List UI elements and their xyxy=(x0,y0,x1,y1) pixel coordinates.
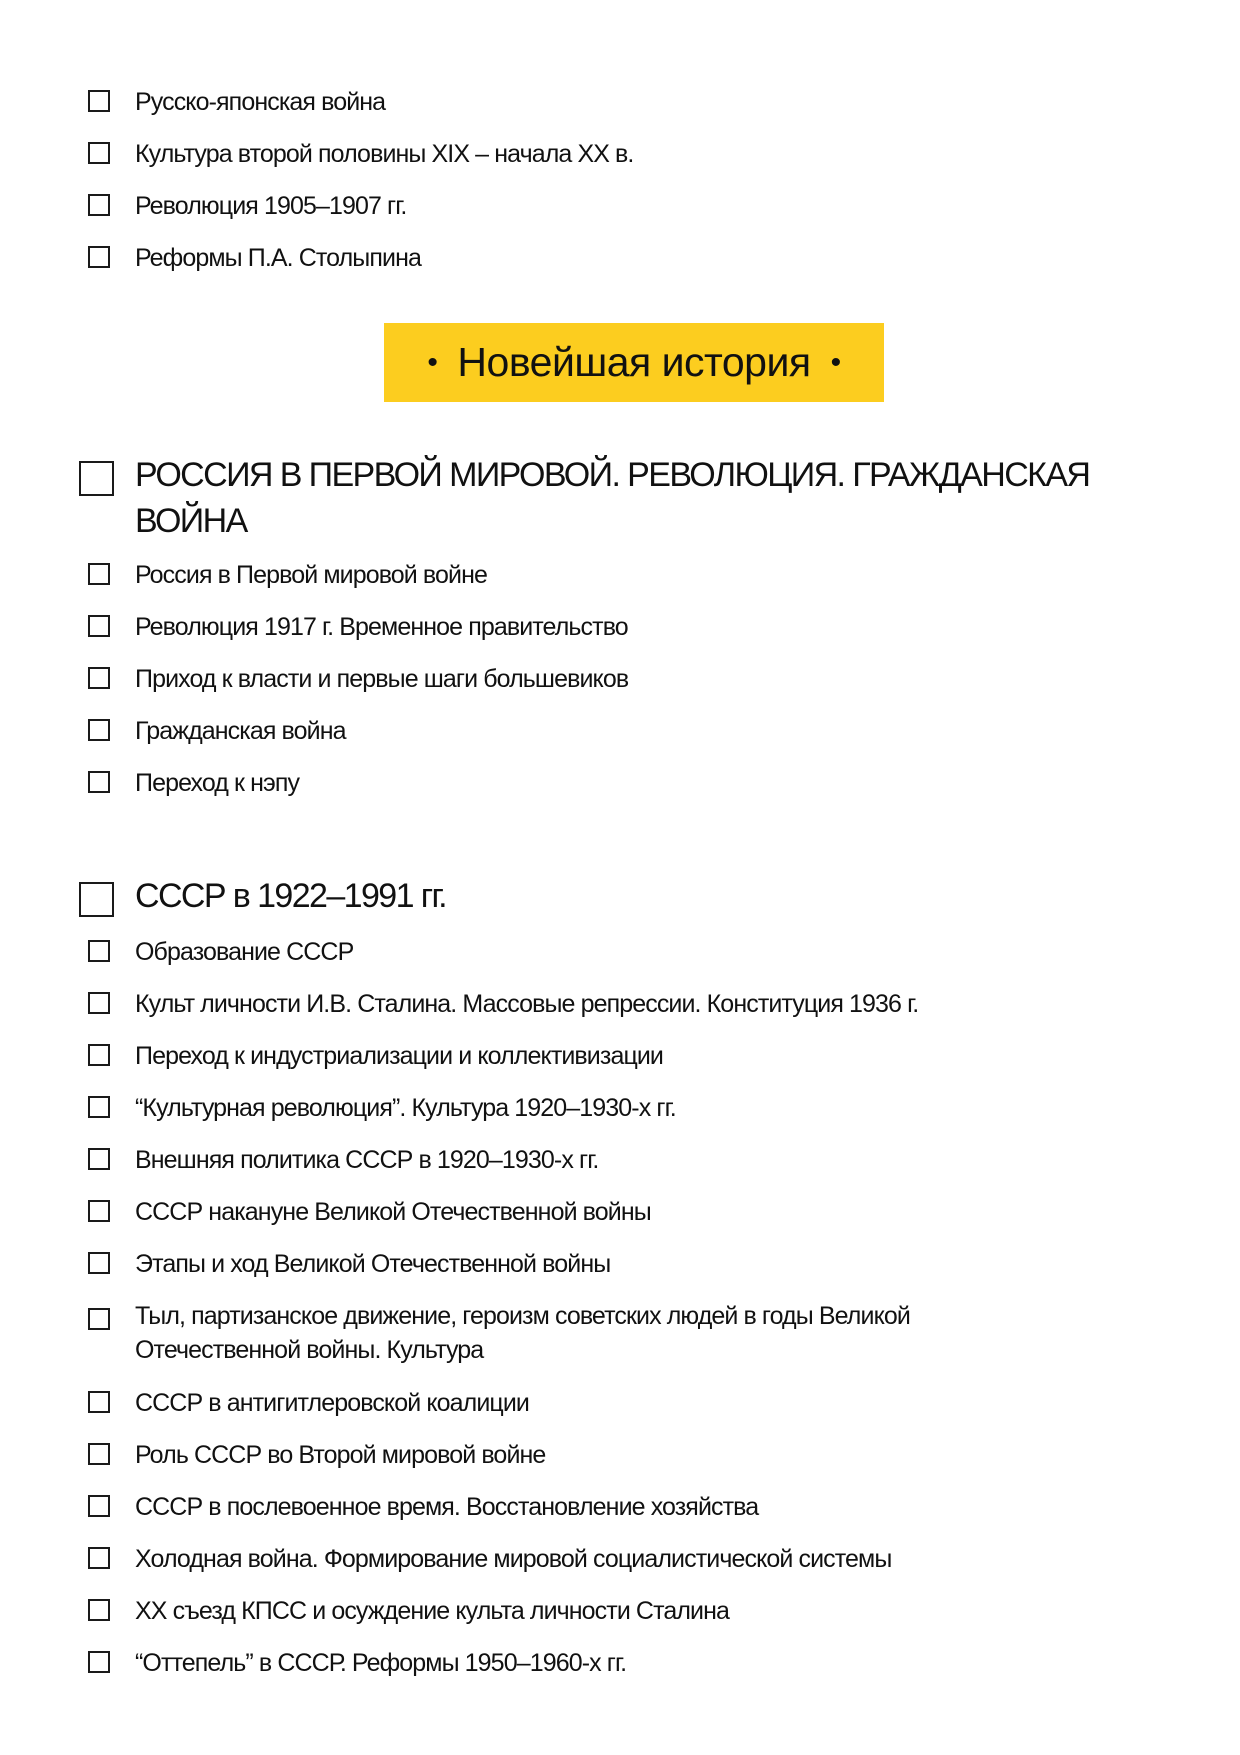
item-label: СССР в послевоенное время. Восстановлени… xyxy=(135,1490,758,1524)
item-label: Внешняя политика СССР в 1920–1930-х гг. xyxy=(135,1143,598,1177)
section-banner: • Новейшая история • xyxy=(384,323,884,402)
checkbox[interactable] xyxy=(88,1096,110,1118)
checkbox[interactable] xyxy=(88,1252,110,1274)
checklist-item: СССР в послевоенное время. Восстановлени… xyxy=(88,1490,758,1524)
checklist-item: Роль СССР во Второй мировой войне xyxy=(88,1438,545,1472)
checklist-item: Приход к власти и первые шаги большевико… xyxy=(88,662,628,696)
checkbox[interactable] xyxy=(88,1495,110,1517)
checklist-item: СССР накануне Великой Отечественной войн… xyxy=(88,1195,651,1229)
checklist-item: Культ личности И.В. Сталина. Массовые ре… xyxy=(88,987,918,1021)
checklist-item: Переход к индустриализации и коллективиз… xyxy=(88,1039,663,1073)
checklist-item: Реформы П.А. Столыпина xyxy=(88,241,421,275)
item-label: Переход к нэпу xyxy=(135,766,299,800)
bullet-icon: • xyxy=(831,346,841,380)
item-label: Образование СССР xyxy=(135,935,353,969)
section-heading: РОССИЯ В ПЕРВОЙ МИРОВОЙ. РЕВОЛЮЦИЯ. ГРАЖ… xyxy=(79,452,1135,544)
checklist-item: Русско-японская война xyxy=(88,85,385,119)
checklist-item: Холодная война. Формирование мировой соц… xyxy=(88,1542,891,1576)
checkbox[interactable] xyxy=(88,194,110,216)
checklist-item: Тыл, партизанское движение, героизм сове… xyxy=(88,1299,1035,1367)
item-label: Переход к индустриализации и коллективиз… xyxy=(135,1039,663,1073)
item-label: Культ личности И.В. Сталина. Массовые ре… xyxy=(135,987,918,1021)
item-label: Гражданская война xyxy=(135,714,346,748)
checkbox[interactable] xyxy=(88,1308,110,1330)
checklist-item: “Оттепель” в СССР. Реформы 1950–1960-х г… xyxy=(88,1646,626,1680)
checklist-item: Революция 1905–1907 гг. xyxy=(88,189,406,223)
checkbox[interactable] xyxy=(88,1443,110,1465)
item-label: Роль СССР во Второй мировой войне xyxy=(135,1438,545,1472)
checklist-item: Россия в Первой мировой войне xyxy=(88,558,487,592)
checkbox[interactable] xyxy=(88,90,110,112)
item-label: “Оттепель” в СССР. Реформы 1950–1960-х г… xyxy=(135,1646,626,1680)
checkbox[interactable] xyxy=(88,1200,110,1222)
checkbox[interactable] xyxy=(88,615,110,637)
item-label: Культура второй половины XIX – начала XX… xyxy=(135,137,633,171)
section-title: РОССИЯ В ПЕРВОЙ МИРОВОЙ. РЕВОЛЮЦИЯ. ГРАЖ… xyxy=(135,452,1135,544)
item-label: XX съезд КПСС и осуждение культа личност… xyxy=(135,1594,729,1628)
checkbox[interactable] xyxy=(88,1148,110,1170)
checklist-item: XX съезд КПСС и осуждение культа личност… xyxy=(88,1594,729,1628)
item-label: Тыл, партизанское движение, героизм сове… xyxy=(135,1299,1035,1367)
checklist-item: СССР в антигитлеровской коалиции xyxy=(88,1386,529,1420)
item-label: Русско-японская война xyxy=(135,85,385,119)
checkbox[interactable] xyxy=(88,771,110,793)
bullet-icon: • xyxy=(427,346,437,380)
section-checkbox[interactable] xyxy=(79,882,114,917)
checklist-item: Революция 1917 г. Временное правительств… xyxy=(88,610,628,644)
checkbox[interactable] xyxy=(88,1651,110,1673)
checkbox[interactable] xyxy=(88,1547,110,1569)
checklist-item: Образование СССР xyxy=(88,935,353,969)
checkbox[interactable] xyxy=(88,563,110,585)
section-checkbox[interactable] xyxy=(79,461,114,496)
item-label: Реформы П.А. Столыпина xyxy=(135,241,421,275)
checkbox[interactable] xyxy=(88,992,110,1014)
item-label: Революция 1905–1907 гг. xyxy=(135,189,406,223)
section-title: СССР в 1922–1991 гг. xyxy=(135,873,1135,919)
checkbox[interactable] xyxy=(88,667,110,689)
checklist-item: Переход к нэпу xyxy=(88,766,299,800)
checkbox[interactable] xyxy=(88,1391,110,1413)
item-label: СССР в антигитлеровской коалиции xyxy=(135,1386,529,1420)
item-label: СССР накануне Великой Отечественной войн… xyxy=(135,1195,651,1229)
checkbox[interactable] xyxy=(88,1044,110,1066)
item-label: Холодная война. Формирование мировой соц… xyxy=(135,1542,891,1576)
checklist-item: Внешняя политика СССР в 1920–1930-х гг. xyxy=(88,1143,598,1177)
banner-title: Новейшая история xyxy=(457,339,810,386)
checkbox[interactable] xyxy=(88,246,110,268)
item-label: Этапы и ход Великой Отечественной войны xyxy=(135,1247,610,1281)
checkbox[interactable] xyxy=(88,940,110,962)
checkbox[interactable] xyxy=(88,142,110,164)
section-heading: СССР в 1922–1991 гг. xyxy=(79,873,1135,919)
checklist-item: Культура второй половины XIX – начала XX… xyxy=(88,137,633,171)
item-label: “Культурная революция”. Культура 1920–19… xyxy=(135,1091,676,1125)
item-label: Приход к власти и первые шаги большевико… xyxy=(135,662,628,696)
checklist-item: Этапы и ход Великой Отечественной войны xyxy=(88,1247,610,1281)
checklist-item: “Культурная революция”. Культура 1920–19… xyxy=(88,1091,676,1125)
checklist-item: Гражданская война xyxy=(88,714,346,748)
checkbox[interactable] xyxy=(88,1599,110,1621)
item-label: Революция 1917 г. Временное правительств… xyxy=(135,610,628,644)
item-label: Россия в Первой мировой войне xyxy=(135,558,487,592)
checkbox[interactable] xyxy=(88,719,110,741)
